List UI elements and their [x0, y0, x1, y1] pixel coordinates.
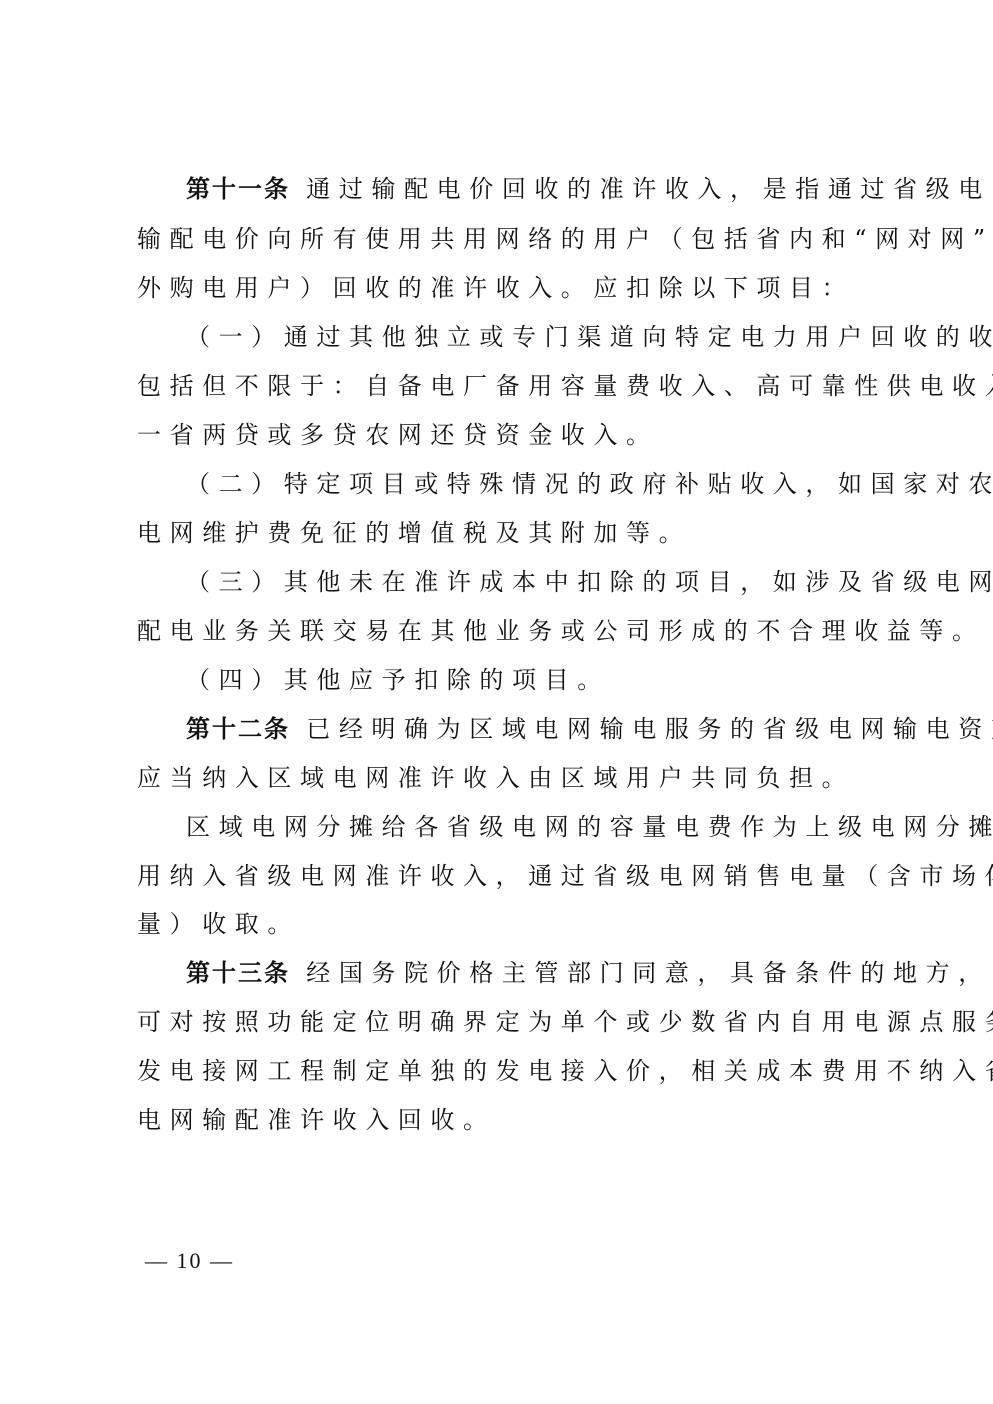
article-12-line-2: 应当纳入区域电网准许收入由区域用户共同负担。: [137, 761, 859, 795]
article-11-line-2: 输配电价向所有使用共用网络的用户（包括省内和“网对网”省: [137, 222, 859, 256]
article-12-line-1: 第十二条 已经明确为区域电网输电服务的省级电网输电资产，: [186, 712, 859, 746]
paragraph-text: 经国务院价格主管部门同意，具备条件的地方，: [290, 959, 991, 987]
article-heading: 第十二条: [186, 714, 290, 743]
article-heading: 第十一条: [186, 174, 290, 203]
item-1-line-2: 包括但不限于：自备电厂备用容量费收入、高可靠性供电收入、: [137, 369, 859, 403]
article-12-para2-line-2: 用纳入省级电网准许收入，通过省级电网销售电量（含市场化电: [137, 859, 859, 893]
article-13-line-4: 电网输配准许收入回收。: [137, 1103, 859, 1137]
page-number: — 10 —: [145, 1248, 234, 1274]
item-1-line-3: 一省两贷或多贷农网还贷资金收入。: [137, 418, 859, 452]
item-2-line-2: 电网维护费免征的增值税及其附加等。: [137, 516, 859, 550]
document-page: 第十一条 通过输配电价回收的准许收入，是指通过省级电网 输配电价向所有使用共用网…: [0, 0, 993, 1404]
article-13-line-1: 第十三条 经国务院价格主管部门同意，具备条件的地方，: [186, 956, 859, 990]
article-12-para2-line-1: 区域电网分摊给各省级电网的容量电费作为上级电网分摊费: [186, 810, 859, 844]
item-2-line-1: （二）特定项目或特殊情况的政府补贴收入，如国家对农村: [186, 467, 859, 501]
article-13-line-3: 发电接网工程制定单独的发电接入价，相关成本费用不纳入省级: [137, 1054, 859, 1088]
paragraph-text: 已经明确为区域电网输电服务的省级电网输电资产，: [290, 715, 993, 743]
article-heading: 第十三条: [186, 958, 290, 987]
item-1-line-1: （一）通过其他独立或专门渠道向特定电力用户回收的收入，: [186, 320, 859, 354]
item-4-line-1: （四）其他应予扣除的项目。: [186, 663, 859, 697]
article-12-para2-line-3: 量）收取。: [137, 907, 859, 941]
article-13-line-2: 可对按照功能定位明确界定为单个或少数省内自用电源点服务的: [137, 1005, 859, 1039]
item-3-line-2: 配电业务关联交易在其他业务或公司形成的不合理收益等。: [137, 614, 859, 648]
article-11-line-3: 外购电用户）回收的准许收入。应扣除以下项目：: [137, 271, 859, 305]
paragraph-text: 通过输配电价回收的准许收入，是指通过省级电网: [290, 175, 993, 203]
item-3-line-1: （三）其他未在准许成本中扣除的项目，如涉及省级电网输: [186, 565, 859, 599]
article-11-line-1: 第十一条 通过输配电价回收的准许收入，是指通过省级电网: [186, 172, 859, 206]
